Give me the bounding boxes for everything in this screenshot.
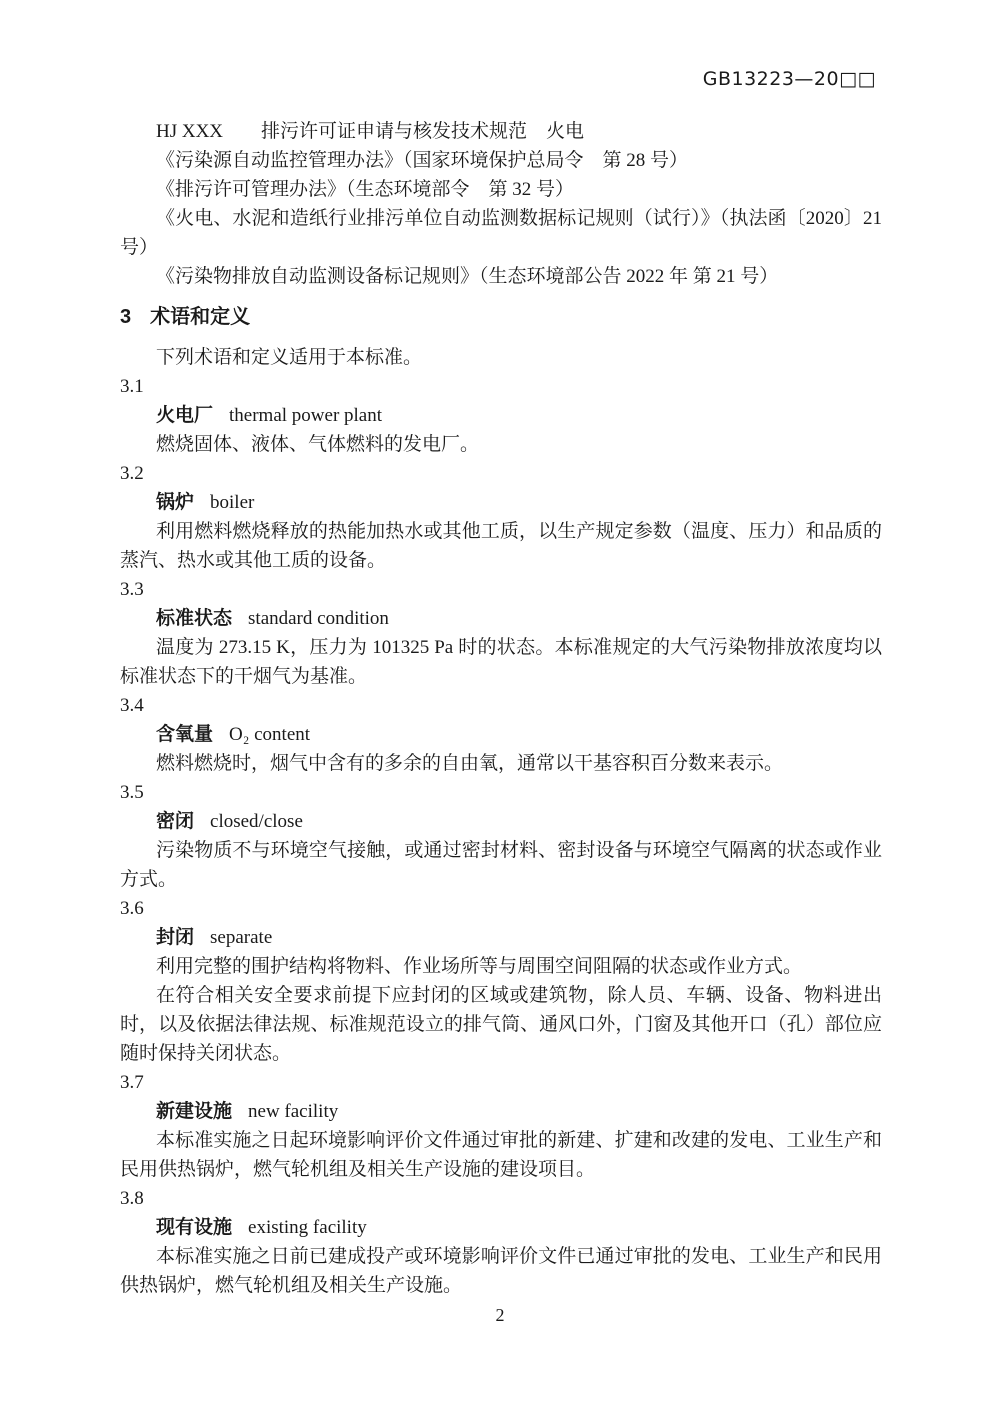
term-definition-paragraph: 污染物质不与环境空气接触，或通过密封材料、密封设备与环境空气隔离的状态或作业方式… xyxy=(120,836,882,894)
term-definition-paragraph: 温度为 273.15 K，压力为 101325 Pa 时的状态。本标准规定的大气… xyxy=(120,633,882,691)
section-number: 3 xyxy=(120,303,131,332)
term-entry: 3.1 火电厂thermal power plant 燃烧固体、液体、气体燃料的… xyxy=(120,372,882,459)
section-title: 术语和定义 xyxy=(150,306,250,328)
term-headword: 现有设施existing facility xyxy=(120,1213,882,1242)
reference-line: 《污染源自动监控管理办法》（国家环境保护总局令 第 28 号） xyxy=(120,146,882,175)
section-heading: 3术语和定义 xyxy=(120,303,882,332)
term-entry: 3.8 现有设施existing facility 本标准实施之日前已建成投产或… xyxy=(120,1184,882,1300)
term-definition-paragraph: 利用完整的围护结构将物料、作业场所等与周围空间阻隔的状态或作业方式。 xyxy=(120,952,882,981)
term-number: 3.2 xyxy=(120,459,882,488)
term-number: 3.7 xyxy=(120,1068,882,1097)
term-name-cn: 密闭 xyxy=(156,811,194,832)
term-definition: 燃烧固体、液体、气体燃料的发电厂。 xyxy=(120,430,882,459)
term-name-en: boiler xyxy=(210,492,254,513)
page-content: HJ XXX 排污许可证申请与核发技术规范 火电《污染源自动监控管理办法》（国家… xyxy=(120,117,882,1300)
term-definition-paragraph: 本标准实施之日起环境影响评价文件通过审批的新建、扩建和改建的发电、工业生产和民用… xyxy=(120,1126,882,1184)
term-definition: 温度为 273.15 K，压力为 101325 Pa 时的状态。本标准规定的大气… xyxy=(120,633,882,691)
term-definition-paragraph: 本标准实施之日前已建成投产或环境影响评价文件已通过审批的发电、工业生产和民用供热… xyxy=(120,1242,882,1300)
term-headword: 封闭separate xyxy=(120,923,882,952)
term-entry: 3.2 锅炉boiler 利用燃料燃烧释放的热能加热水或其他工质，以生产规定参数… xyxy=(120,459,882,575)
term-name-cn: 现有设施 xyxy=(156,1217,232,1238)
reference-line: 《火电、水泥和造纸行业排污单位自动监测数据标记规则（试行）》（执法函〔2020〕… xyxy=(120,204,882,262)
term-definition-paragraph: 在符合相关安全要求前提下应封闭的区域或建筑物，除人员、车辆、设备、物料进出时，以… xyxy=(120,981,882,1068)
term-number: 3.6 xyxy=(120,894,882,923)
term-definition-paragraph: 利用燃料燃烧释放的热能加热水或其他工质，以生产规定参数（温度、压力）和品质的蒸汽… xyxy=(120,517,882,575)
term-definition: 污染物质不与环境空气接触，或通过密封材料、密封设备与环境空气隔离的状态或作业方式… xyxy=(120,836,882,894)
term-name-en: thermal power plant xyxy=(229,405,382,426)
term-headword: 火电厂thermal power plant xyxy=(120,401,882,430)
references-list: HJ XXX 排污许可证申请与核发技术规范 火电《污染源自动监控管理办法》（国家… xyxy=(120,117,882,291)
term-headword: 新建设施new facility xyxy=(120,1097,882,1126)
reference-line: HJ XXX 排污许可证申请与核发技术规范 火电 xyxy=(120,117,882,146)
term-name-en: closed/close xyxy=(210,811,303,832)
document-page: GB13223—20□□ HJ XXX 排污许可证申请与核发技术规范 火电《污染… xyxy=(0,0,1000,1413)
reference-line: 《排污许可管理办法》（生态环境部令 第 32 号） xyxy=(120,175,882,204)
term-name-en: new facility xyxy=(248,1101,338,1122)
term-entry: 3.4 含氧量O₂ content 燃料燃烧时，烟气中含有的多余的自由氧，通常以… xyxy=(120,691,882,778)
term-headword: 锅炉boiler xyxy=(120,488,882,517)
term-entry: 3.3 标准状态standard condition 温度为 273.15 K，… xyxy=(120,575,882,691)
term-name-en: standard condition xyxy=(248,608,389,629)
term-name-en: separate xyxy=(210,927,272,948)
term-definition-paragraph: 燃料燃烧时，烟气中含有的多余的自由氧，通常以干基容积百分数来表示。 xyxy=(120,749,882,778)
term-headword: 含氧量O₂ content xyxy=(120,720,882,749)
term-name-cn: 新建设施 xyxy=(156,1101,232,1122)
term-number: 3.5 xyxy=(120,778,882,807)
terms-list: 3.1 火电厂thermal power plant 燃烧固体、液体、气体燃料的… xyxy=(120,372,882,1300)
term-definition-paragraph: 燃烧固体、液体、气体燃料的发电厂。 xyxy=(120,430,882,459)
term-number: 3.3 xyxy=(120,575,882,604)
term-number: 3.8 xyxy=(120,1184,882,1213)
term-name-cn: 标准状态 xyxy=(156,608,232,629)
term-number: 3.1 xyxy=(120,372,882,401)
term-name-cn: 火电厂 xyxy=(156,405,213,426)
term-definition: 利用燃料燃烧释放的热能加热水或其他工质，以生产规定参数（温度、压力）和品质的蒸汽… xyxy=(120,517,882,575)
section-intro: 下列术语和定义适用于本标准。 xyxy=(120,343,882,372)
term-definition: 燃料燃烧时，烟气中含有的多余的自由氧，通常以干基容积百分数来表示。 xyxy=(120,749,882,778)
term-name-cn: 封闭 xyxy=(156,927,194,948)
term-entry: 3.5 密闭closed/close 污染物质不与环境空气接触，或通过密封材料、… xyxy=(120,778,882,894)
doc-number-header: GB13223—20□□ xyxy=(703,68,876,90)
term-name-cn: 含氧量 xyxy=(156,724,213,745)
term-entry: 3.7 新建设施new facility 本标准实施之日起环境影响评价文件通过审… xyxy=(120,1068,882,1184)
term-name-cn: 锅炉 xyxy=(156,492,194,513)
term-definition: 本标准实施之日前已建成投产或环境影响评价文件已通过审批的发电、工业生产和民用供热… xyxy=(120,1242,882,1300)
term-entry: 3.6 封闭separate 利用完整的围护结构将物料、作业场所等与周围空间阻隔… xyxy=(120,894,882,1068)
term-headword: 密闭closed/close xyxy=(120,807,882,836)
term-definition: 本标准实施之日起环境影响评价文件通过审批的新建、扩建和改建的发电、工业生产和民用… xyxy=(120,1126,882,1184)
page-number: 2 xyxy=(0,1305,1000,1326)
term-definition: 利用完整的围护结构将物料、作业场所等与周围空间阻隔的状态或作业方式。在符合相关安… xyxy=(120,952,882,1068)
term-name-en: existing facility xyxy=(248,1217,367,1238)
term-headword: 标准状态standard condition xyxy=(120,604,882,633)
reference-line: 《污染物排放自动监测设备标记规则》（生态环境部公告 2022 年 第 21 号） xyxy=(120,262,882,291)
term-name-en: O₂ content xyxy=(229,724,310,745)
term-number: 3.4 xyxy=(120,691,882,720)
